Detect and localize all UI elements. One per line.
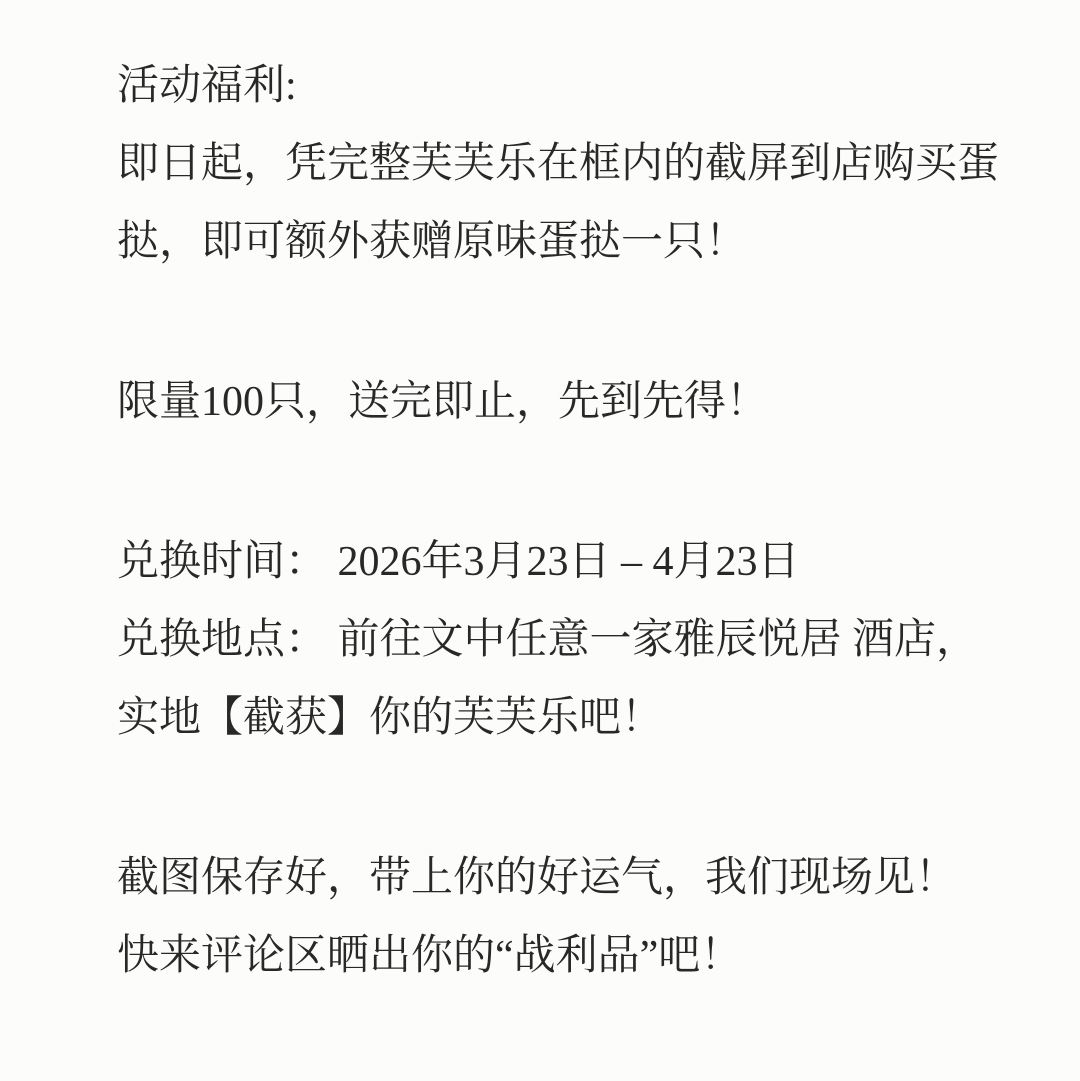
text-line-benefits-body-2: 挞，即可额外获赠原味蛋挞一只！: [117, 203, 1030, 281]
text-line-redeem-time: 兑换时间： 2026年3月23日 – 4月23日: [117, 523, 1030, 601]
text-line-benefits-title: 活动福利:: [117, 47, 1030, 125]
paragraph-activity-benefits: 活动福利: 即日起，凭完整芙芙乐在框内的截屏到店购买蛋 挞，即可额外获赠原味蛋挞…: [117, 47, 1030, 281]
paragraph-closing: 截图保存好，带上你的好运气，我们现场见！ 快来评论区晒出你的“战利品”吧！: [117, 839, 1030, 995]
text-line-benefits-body-1: 即日起，凭完整芙芙乐在框内的截屏到店购买蛋: [117, 125, 1030, 203]
paragraph-redemption-info: 兑换时间： 2026年3月23日 – 4月23日 兑换地点： 前往文中任意一家雅…: [117, 523, 1030, 757]
text-line-redeem-place-1: 兑换地点： 前往文中任意一家雅辰悦居 酒店，: [117, 601, 1030, 679]
text-line-quantity-limit: 限量100只，送完即止，先到先得！: [117, 363, 1030, 441]
text-line-closing-2: 快来评论区晒出你的“战利品”吧！: [117, 917, 1030, 995]
paragraph-quantity-limit: 限量100只，送完即止，先到先得！: [117, 363, 1030, 441]
text-line-redeem-place-2: 实地【截获】你的芙芙乐吧！: [117, 679, 1030, 757]
text-line-closing-1: 截图保存好，带上你的好运气，我们现场见！: [117, 839, 1030, 917]
promo-announcement-text: 活动福利: 即日起，凭完整芙芙乐在框内的截屏到店购买蛋 挞，即可额外获赠原味蛋挞…: [117, 47, 1030, 995]
